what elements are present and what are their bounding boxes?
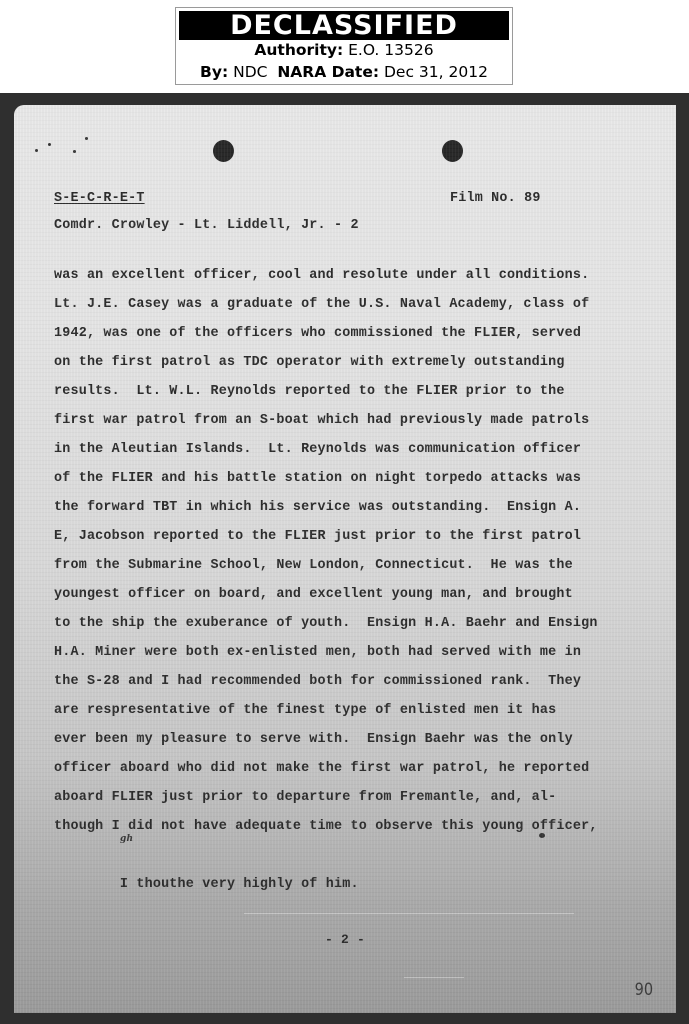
body-line: of the FLIER and his battle station on n… bbox=[54, 464, 654, 493]
scan-scratch bbox=[404, 977, 464, 978]
body-line: first war patrol from an S-boat which ha… bbox=[54, 406, 654, 435]
by-label: By: bbox=[200, 63, 228, 81]
ink-speck bbox=[73, 150, 76, 153]
stamp-by-line: By: NDC NARA Date: Dec 31, 2012 bbox=[176, 63, 512, 84]
last-line-text: I thouthe very highly of him. bbox=[120, 877, 359, 892]
body-line: in the Aleutian Islands. Lt. Reynolds wa… bbox=[54, 435, 654, 464]
body-line: ever been my pleasure to serve with. Ens… bbox=[54, 725, 654, 754]
body-line: 1942, was one of the officers who commis… bbox=[54, 319, 654, 348]
body-line: from the Submarine School, New London, C… bbox=[54, 551, 654, 580]
declassified-stamp: DECLASSIFIED Authority: E.O. 13526 By: N… bbox=[175, 7, 513, 85]
letter-body: was an excellent officer, cool and resol… bbox=[54, 261, 654, 870]
body-line: E, Jacobson reported to the FLIER just p… bbox=[54, 522, 654, 551]
body-line: are respresentative of the finest type o… bbox=[54, 696, 654, 725]
body-line: the S-28 and I had recommended both for … bbox=[54, 667, 654, 696]
nara-date-label: NARA Date: bbox=[277, 63, 379, 81]
body-line: was an excellent officer, cool and resol… bbox=[54, 261, 654, 290]
ink-speck bbox=[85, 137, 88, 140]
scanned-page-frame: S-E-C-R-E-T Film No. 89 Comdr. Crowley -… bbox=[0, 93, 689, 1024]
body-line: results. Lt. W.L. Reynolds reported to t… bbox=[54, 377, 654, 406]
authority-value: E.O. 13526 bbox=[348, 41, 433, 59]
body-line: aboard FLIER just prior to departure fro… bbox=[54, 783, 654, 812]
ink-speck bbox=[48, 143, 51, 146]
body-line: officer aboard who did not make the firs… bbox=[54, 754, 654, 783]
scan-scratch bbox=[244, 913, 574, 914]
body-line: H.A. Miner were both ex-enlisted men, bo… bbox=[54, 638, 654, 667]
punch-hole-icon bbox=[442, 140, 463, 162]
by-value: NDC bbox=[233, 63, 267, 81]
body-last-line: I thouthe very highly of him. gh bbox=[54, 841, 654, 870]
nara-date-value: Dec 31, 2012 bbox=[384, 63, 488, 81]
body-line: youngest officer on board, and excellent… bbox=[54, 580, 654, 609]
body-line: the forward TBT in which his service was… bbox=[54, 493, 654, 522]
film-number: Film No. 89 bbox=[450, 191, 541, 206]
page-header: Comdr. Crowley - Lt. Liddell, Jr. - 2 bbox=[54, 218, 359, 233]
page-marker: - 2 - bbox=[325, 932, 365, 947]
stamped-page-number: 90 bbox=[635, 980, 653, 1000]
punch-hole-icon bbox=[213, 140, 234, 162]
handwritten-correction: gh bbox=[120, 834, 133, 844]
stamp-title: DECLASSIFIED bbox=[179, 11, 509, 40]
body-line: though I did not have adequate time to o… bbox=[54, 812, 654, 841]
body-line: to the ship the exuberance of youth. Ens… bbox=[54, 609, 654, 638]
body-line: Lt. J.E. Casey was a graduate of the U.S… bbox=[54, 290, 654, 319]
classification-marking: S-E-C-R-E-T bbox=[54, 191, 145, 206]
authority-label: Authority: bbox=[254, 41, 343, 59]
stamp-authority-line: Authority: E.O. 13526 bbox=[176, 41, 512, 62]
ink-speck bbox=[35, 149, 38, 152]
document-page: S-E-C-R-E-T Film No. 89 Comdr. Crowley -… bbox=[14, 105, 676, 1013]
body-line: on the first patrol as TDC operator with… bbox=[54, 348, 654, 377]
